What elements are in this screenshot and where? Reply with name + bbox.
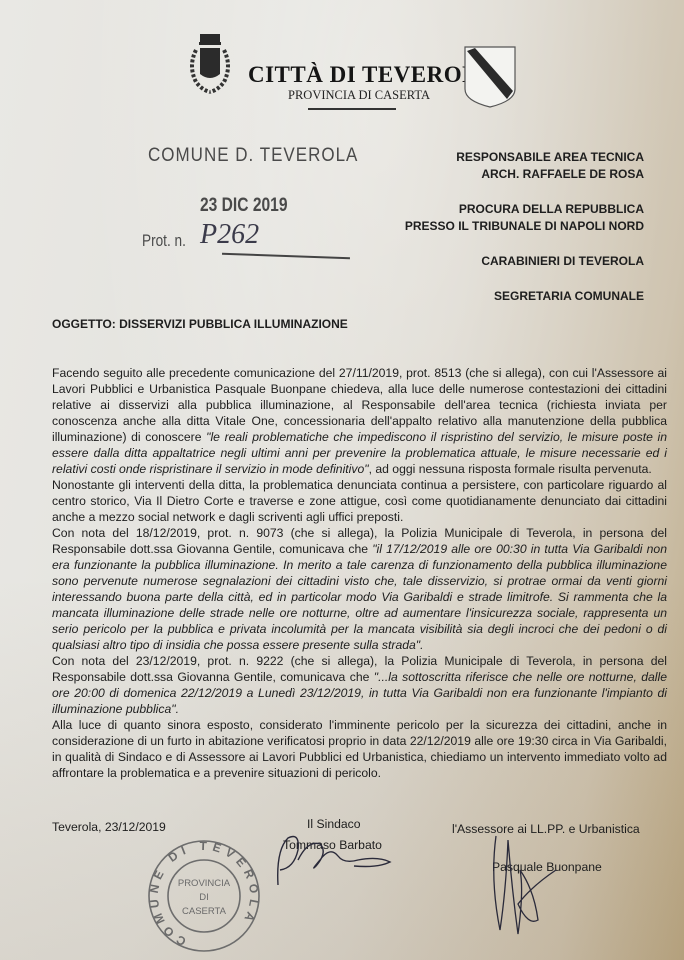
- place-date: Teverola, 23/12/2019: [52, 820, 166, 834]
- paragraph-1: Facendo seguito alle precedente comunica…: [52, 365, 667, 477]
- seal-center-line: PROVINCIA: [178, 878, 231, 889]
- seal-center-line: CASERTA: [182, 906, 227, 917]
- stamp-prot-label: Prot. n.: [142, 231, 186, 251]
- letter-body: Facendo seguito alle precedente comunica…: [52, 365, 667, 781]
- recipient-procura: PROCURA DELLA REPUBBLICA PRESSO IL TRIBU…: [405, 201, 644, 235]
- recipient-carabinieri: CARABINIERI DI TEVEROLA: [405, 253, 644, 270]
- seal-center-line: DI: [199, 892, 209, 903]
- quoted-text: "il 17/12/2019 alle ore 00:30 in tutta V…: [52, 542, 667, 652]
- municipal-crest-icon: [186, 32, 234, 96]
- paragraph-4: Con nota del 23/12/2019, prot. n. 9222 (…: [52, 653, 667, 717]
- municipal-seal-icon: COMUNE DI TEVEROLA PROVINCIA DI CASERTA: [143, 838, 265, 956]
- stamp-date: 23 DIC 2019: [200, 195, 287, 217]
- recipient-line: CARABINIERI DI TEVEROLA: [405, 253, 644, 270]
- mayor-title: Il Sindaco: [307, 817, 361, 831]
- paragraph-text: , ad oggi nessuna risposta formale risul…: [369, 462, 652, 476]
- paragraph-5: Alla luce di quanto sinora esposto, cons…: [52, 717, 667, 781]
- recipient-line: ARCH. RAFFAELE DE ROSA: [405, 166, 644, 183]
- province-subtitle: PROVINCIA DI CASERTA: [288, 88, 430, 103]
- assessor-signature: [478, 830, 558, 940]
- recipient-line: PRESSO IL TRIBUNALE DI NAPOLI NORD: [405, 218, 644, 235]
- stamp-office: COMUNE D. TEVEROLA: [148, 144, 358, 167]
- recipient-line: RESPONSABILE AREA TECNICA: [405, 149, 644, 166]
- stamp-underline: [222, 253, 350, 259]
- subject-line: OGGETTO: DISSERVIZI PUBBLICA ILLUMINAZIO…: [52, 317, 348, 331]
- title-rule: [308, 108, 396, 110]
- campania-shield-icon: [463, 45, 517, 109]
- stamp-prot-number: P262: [200, 219, 259, 251]
- recipients-block: RESPONSABILE AREA TECNICA ARCH. RAFFAELE…: [405, 149, 644, 323]
- assessor-name: Pasquale Buonpane: [492, 860, 602, 874]
- mayor-name: Tommaso Barbato: [283, 838, 382, 852]
- recipient-line: SEGRETARIA COMUNALE: [405, 288, 644, 305]
- recipient-area-tecnica: RESPONSABILE AREA TECNICA ARCH. RAFFAELE…: [405, 149, 644, 183]
- recipient-line: PROCURA DELLA REPUBBLICA: [405, 201, 644, 218]
- paragraph-2: Nonostante gli interventi della ditta, l…: [52, 477, 667, 525]
- city-title: CITTÀ DI TEVEROLA: [248, 62, 495, 88]
- letterhead: CITTÀ DI TEVEROLA PROVINCIA DI CASERTA: [0, 0, 684, 140]
- paragraph-3: Con nota del 18/12/2019, prot. n. 9073 (…: [52, 525, 667, 653]
- recipient-segretaria: SEGRETARIA COMUNALE: [405, 288, 644, 305]
- assessor-title: l'Assessore ai LL.PP. e Urbanistica: [452, 822, 640, 836]
